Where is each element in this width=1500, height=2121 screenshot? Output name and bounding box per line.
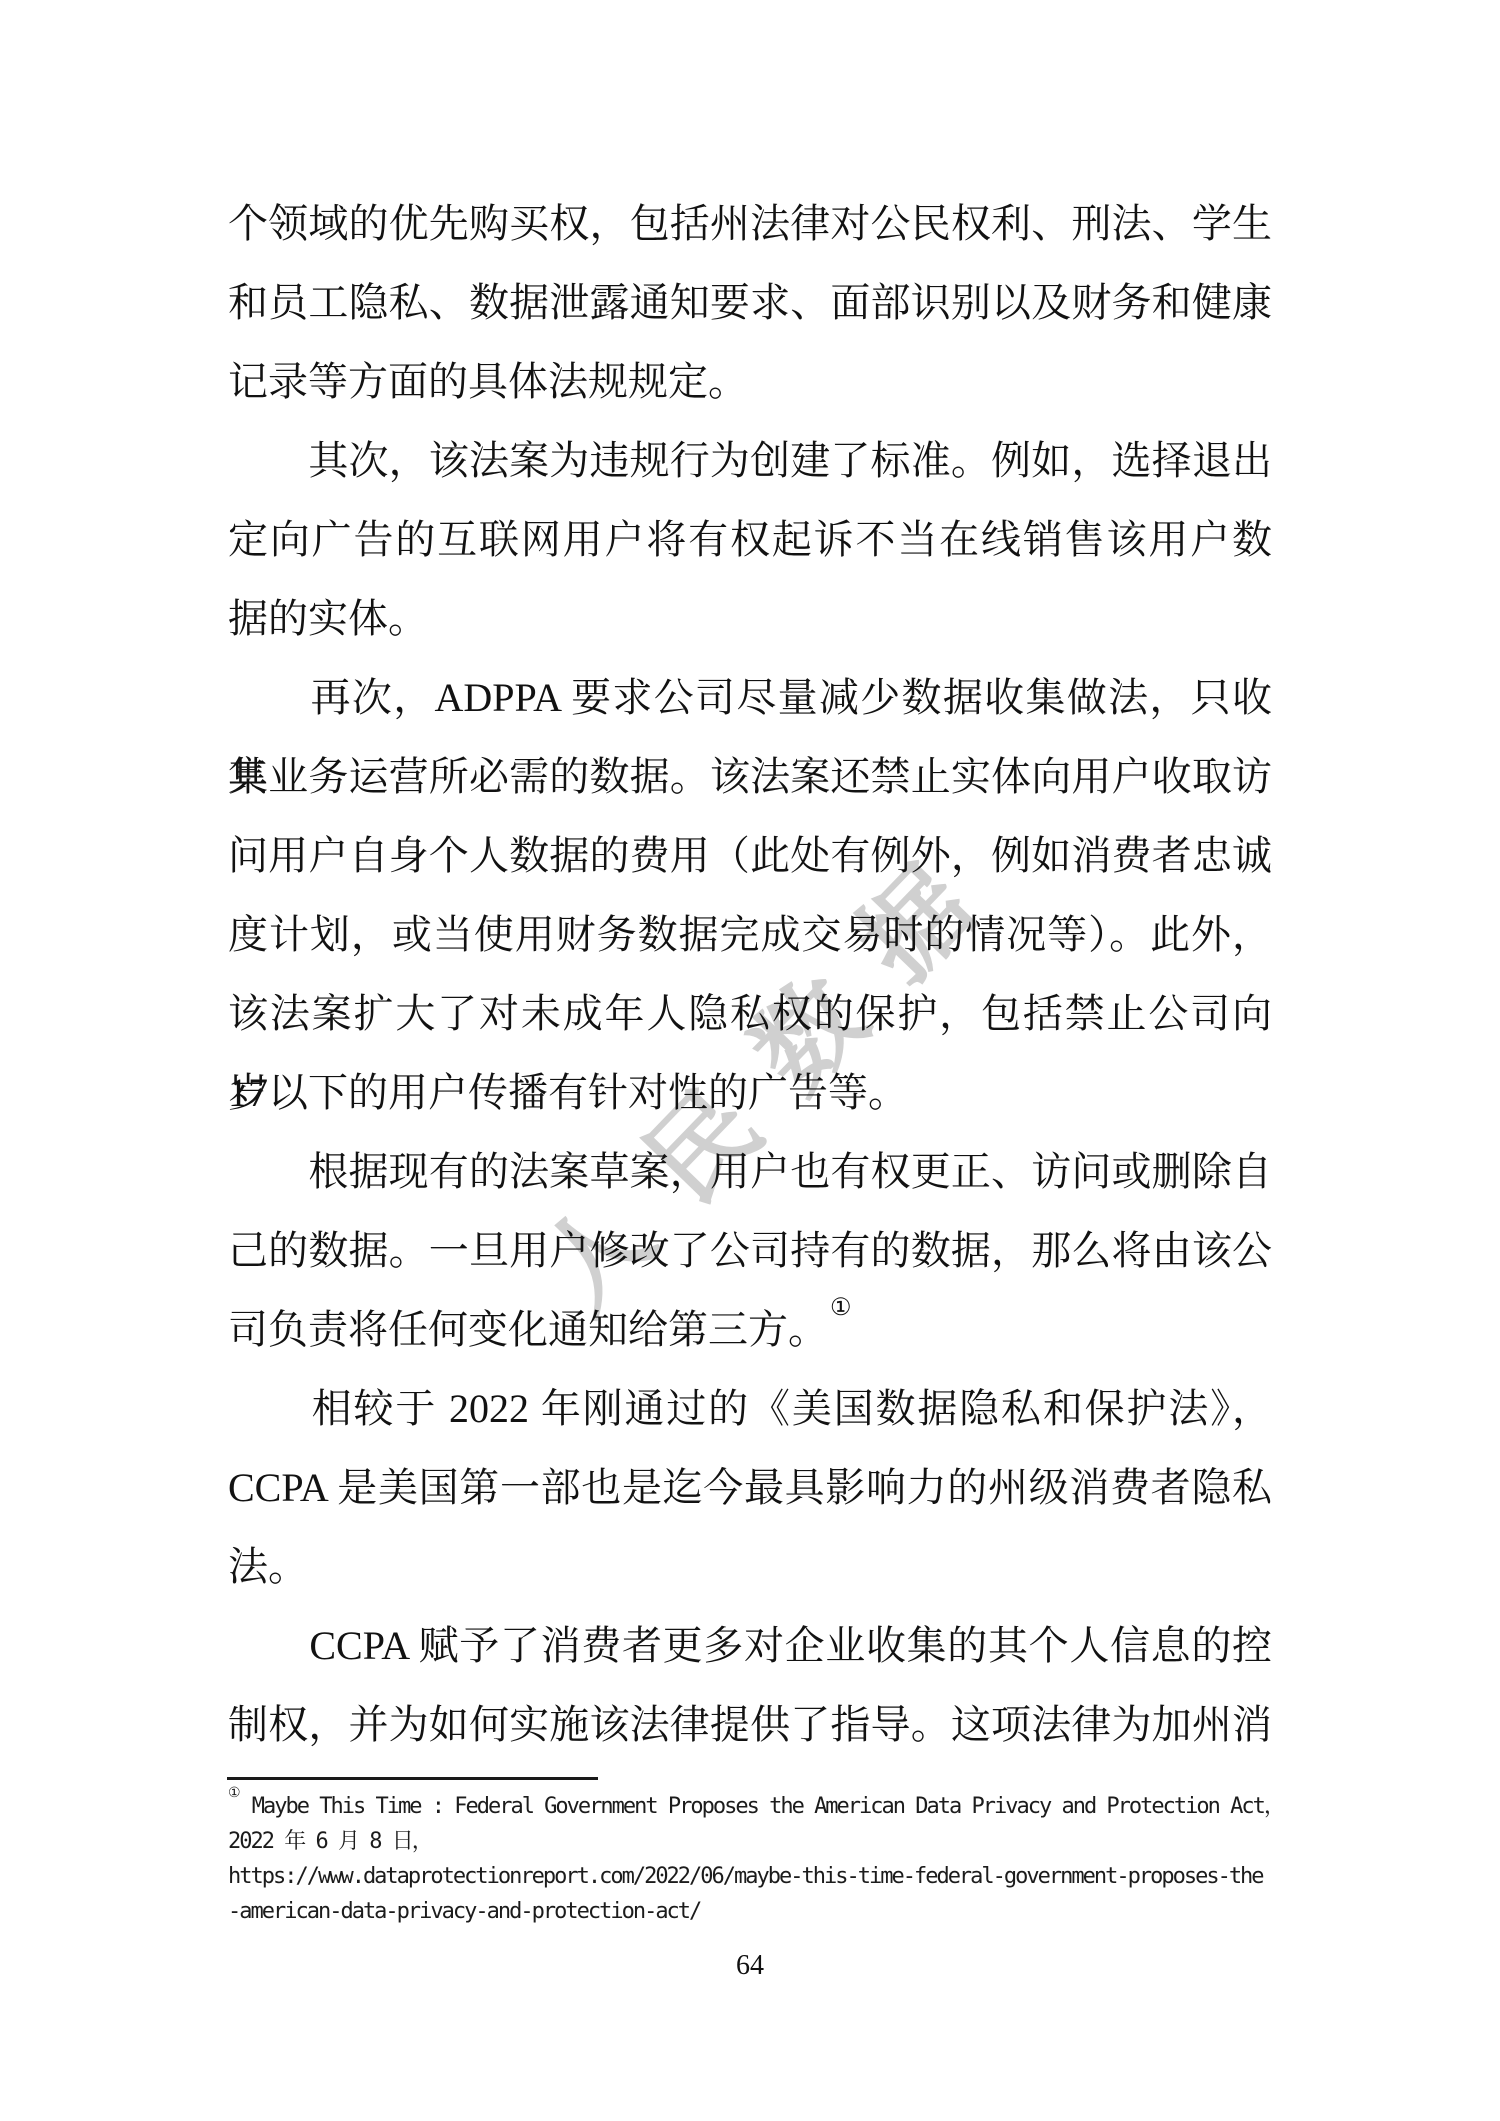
footnote-text: Maybe This Time : Federal Government Pro… <box>241 1794 1284 1819</box>
body-line: 和员工隐私、数据泄露通知要求、面部识别以及财务和健康 <box>228 263 1272 342</box>
body-line-text: CCPA 是美国第一部也是迄今最具影响力的州级消费者隐私 <box>228 1465 1272 1510</box>
body-line-text: CCPA 赋予了消费者更多对企业收集的其个人信息的控 <box>228 1623 1272 1668</box>
page-number: 64 <box>0 1950 1500 1982</box>
footnote-marker: ① <box>228 1785 241 1801</box>
body-line-text: 司负责将任何变化通知给第三方。 <box>228 1307 828 1352</box>
body-line: 定向广告的互联网用户将有权起诉不当在线销售该用户数 <box>228 500 1272 579</box>
body-line: 再次，ADPPA 要求公司尽量减少数据收集做法，只收集 <box>228 658 1272 737</box>
body-line-text: 制权，并为如何实施该法律提供了指导。这项法律为加州消 <box>228 1702 1272 1747</box>
body-line: 度计划，或当使用财务数据完成交易时的情况等）。此外， <box>228 895 1272 974</box>
footnote-line: ① Maybe This Time : Federal Government P… <box>228 1789 1378 1824</box>
body-line: 该法案扩大了对未成年人隐私权的保护，包括禁止公司向 17 <box>228 974 1272 1053</box>
body-line: CCPA 赋予了消费者更多对企业收集的其个人信息的控 <box>228 1606 1272 1685</box>
body-line: 其次，该法案为违规行为创建了标准。例如，选择退出 <box>228 421 1272 500</box>
body-line-text: 岁以下的用户传播有针对性的广告等。 <box>228 1070 908 1115</box>
body-line: 岁以下的用户传播有针对性的广告等。 <box>228 1053 1272 1132</box>
body-line-text: 根据现有的法案草案，用户也有权更正、访问或删除自 <box>228 1149 1272 1194</box>
body-line-text: 和员工隐私、数据泄露通知要求、面部识别以及财务和健康 <box>228 280 1272 325</box>
body-line: 其业务运营所必需的数据。该法案还禁止实体向用户收取访 <box>228 737 1272 816</box>
body-line-text: 其次，该法案为违规行为创建了标准。例如，选择退出 <box>228 438 1272 483</box>
body-line: 己的数据。一旦用户修改了公司持有的数据，那么将由该公 <box>228 1211 1272 1290</box>
footnote-line: 2022 年 6 月 8 日， <box>228 1824 1378 1859</box>
body-line-text: 据的实体。 <box>228 596 428 641</box>
body-line: 制权，并为如何实施该法律提供了指导。这项法律为加州消 <box>228 1685 1272 1764</box>
body-line-text: 定向广告的互联网用户将有权起诉不当在线销售该用户数 <box>228 517 1272 562</box>
footnote-separator <box>227 1777 598 1780</box>
body-line-text: 其业务运营所必需的数据。该法案还禁止实体向用户收取访 <box>228 754 1272 799</box>
body-line: 根据现有的法案草案，用户也有权更正、访问或删除自 <box>228 1132 1272 1211</box>
footnote-url: -american-data-privacy-and-protection-ac… <box>228 1899 700 1924</box>
body-line: 法。 <box>228 1527 1272 1606</box>
body-line-text: 己的数据。一旦用户修改了公司持有的数据，那么将由该公 <box>228 1228 1272 1273</box>
body-line-text: 问用户自身个人数据的费用（此处有例外，例如消费者忠诚 <box>228 833 1272 878</box>
document-page: 人民数据 个领域的优先购买权，包括州法律对公民权利、刑法、学生 和员工隐私、数据… <box>0 0 1500 2121</box>
body-line-text: 记录等方面的具体法规规定。 <box>228 359 748 404</box>
footnote: ① Maybe This Time : Federal Government P… <box>228 1789 1378 1929</box>
body-line: 记录等方面的具体法规规定。 <box>228 342 1272 421</box>
footnote-line: https://www.dataprotectionreport.com/202… <box>228 1859 1378 1894</box>
body-line: 据的实体。 <box>228 579 1272 658</box>
footnote-ref-marker: ① <box>830 1295 852 1321</box>
body-line-text: 度计划，或当使用财务数据完成交易时的情况等）。此外， <box>228 912 1272 957</box>
body-text: 个领域的优先购买权，包括州法律对公民权利、刑法、学生 和员工隐私、数据泄露通知要… <box>228 184 1272 1764</box>
body-line-text: 个领域的优先购买权，包括州法律对公民权利、刑法、学生 <box>228 201 1272 246</box>
body-line-text: 法。 <box>228 1544 308 1589</box>
body-line: 个领域的优先购买权，包括州法律对公民权利、刑法、学生 <box>228 184 1272 263</box>
body-line: 司负责将任何变化通知给第三方。① <box>228 1290 1272 1369</box>
footnote-line: -american-data-privacy-and-protection-ac… <box>228 1894 1378 1929</box>
body-line: CCPA 是美国第一部也是迄今最具影响力的州级消费者隐私 <box>228 1448 1272 1527</box>
footnote-url: https://www.dataprotectionreport.com/202… <box>228 1864 1263 1889</box>
body-line-text: 相较于 2022 年刚通过的《美国数据隐私和保护法》， <box>228 1386 1272 1431</box>
footnote-text: 2022 年 6 月 8 日， <box>228 1829 432 1854</box>
body-line: 相较于 2022 年刚通过的《美国数据隐私和保护法》， <box>228 1369 1272 1448</box>
body-line: 问用户自身个人数据的费用（此处有例外，例如消费者忠诚 <box>228 816 1272 895</box>
